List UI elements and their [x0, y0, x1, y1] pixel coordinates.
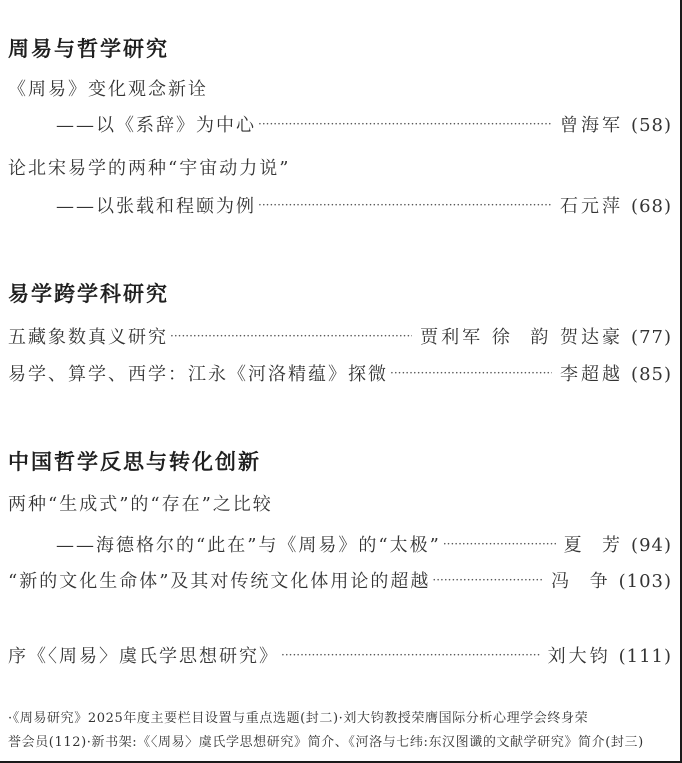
- toc-entry-preface[interactable]: 序《〈周易〉虞氏学思想研究》 刘大钧 (111): [8, 642, 672, 668]
- dot-leader: [443, 537, 556, 551]
- article-title: 序《〈周易〉虞氏学思想研究》: [8, 642, 279, 668]
- footer-note-line-2: 誉会员(112)·新书架:《〈周易〉虞氏学思想研究》简介、《河洛与七纬:东汉图谶…: [8, 731, 672, 750]
- toc-entry-title-line: 两种“生成式”的“存在”之比较: [8, 490, 672, 516]
- article-title: 论北宋易学的两种“宇宙动力说”: [8, 154, 290, 180]
- section-title-interdisciplinary: 易学跨学科研究: [8, 278, 169, 308]
- toc-entry[interactable]: ——海德格尔的“此在”与《周易》的“太极” 夏 芳 (94): [56, 531, 672, 557]
- article-author: 曾海军: [560, 111, 623, 137]
- article-subtitle: ——以张载和程颐为例: [56, 192, 256, 218]
- toc-entry[interactable]: 易学、算学、西学：江永《河洛精蕴》探微 李超越 (85): [8, 360, 672, 386]
- page-number: (111): [619, 646, 672, 667]
- article-author: 冯 争: [551, 567, 610, 593]
- page-number: (103): [619, 571, 672, 592]
- toc-entry[interactable]: “新的文化生命体”及其对传统文化体用论的超越 冯 争 (103): [8, 567, 672, 593]
- article-author: 李超越: [560, 360, 623, 386]
- dot-leader: [258, 198, 552, 212]
- article-author: 石元萍: [560, 192, 623, 218]
- dot-leader: [258, 117, 552, 131]
- article-title: 《周易》变化观念新诠: [8, 75, 208, 101]
- table-of-contents-page: 周易与哲学研究 《周易》变化观念新诠 ——以《系辞》为中心 曾海军 (58) 论…: [0, 0, 682, 763]
- article-subtitle: ——以《系辞》为中心: [56, 111, 256, 137]
- article-title: “新的文化生命体”及其对传统文化体用论的超越: [8, 567, 430, 593]
- dot-leader: [432, 573, 543, 587]
- toc-entry-title-line: 《周易》变化观念新诠: [8, 75, 672, 101]
- page-number: (94): [631, 535, 672, 556]
- page-number: (77): [631, 327, 672, 348]
- footer-note-line-1: ·《周易研究》2025年度主要栏目设置与重点选题(封二)·刘大钧教授荣膺国际分析…: [8, 707, 672, 726]
- dot-leader: [390, 366, 552, 380]
- article-title: 两种“生成式”的“存在”之比较: [8, 490, 273, 516]
- article-title: 易学、算学、西学：江永《河洛精蕴》探微: [8, 360, 388, 386]
- article-author: 夏 芳: [564, 531, 623, 557]
- page-number: (58): [631, 115, 672, 136]
- dot-leader: [281, 648, 540, 662]
- section-title-chinese-philosophy: 中国哲学反思与转化创新: [8, 446, 261, 476]
- article-author: 贾利军 徐 韵 贺达豪: [420, 323, 623, 349]
- article-title: 五藏象数真义研究: [8, 323, 168, 349]
- page-number: (85): [631, 364, 672, 385]
- toc-entry[interactable]: ——以《系辞》为中心 曾海军 (58): [56, 111, 672, 137]
- page-number: (68): [631, 196, 672, 217]
- dot-leader: [170, 329, 412, 343]
- toc-entry[interactable]: 五藏象数真义研究 贾利军 徐 韵 贺达豪 (77): [8, 323, 672, 349]
- section-title-zhouyi-philosophy: 周易与哲学研究: [8, 33, 169, 63]
- toc-entry[interactable]: ——以张载和程颐为例 石元萍 (68): [56, 192, 672, 218]
- article-subtitle: ——海德格尔的“此在”与《周易》的“太极”: [56, 531, 441, 557]
- toc-entry-title-line: 论北宋易学的两种“宇宙动力说”: [8, 154, 672, 180]
- article-author: 刘大钧: [548, 642, 611, 668]
